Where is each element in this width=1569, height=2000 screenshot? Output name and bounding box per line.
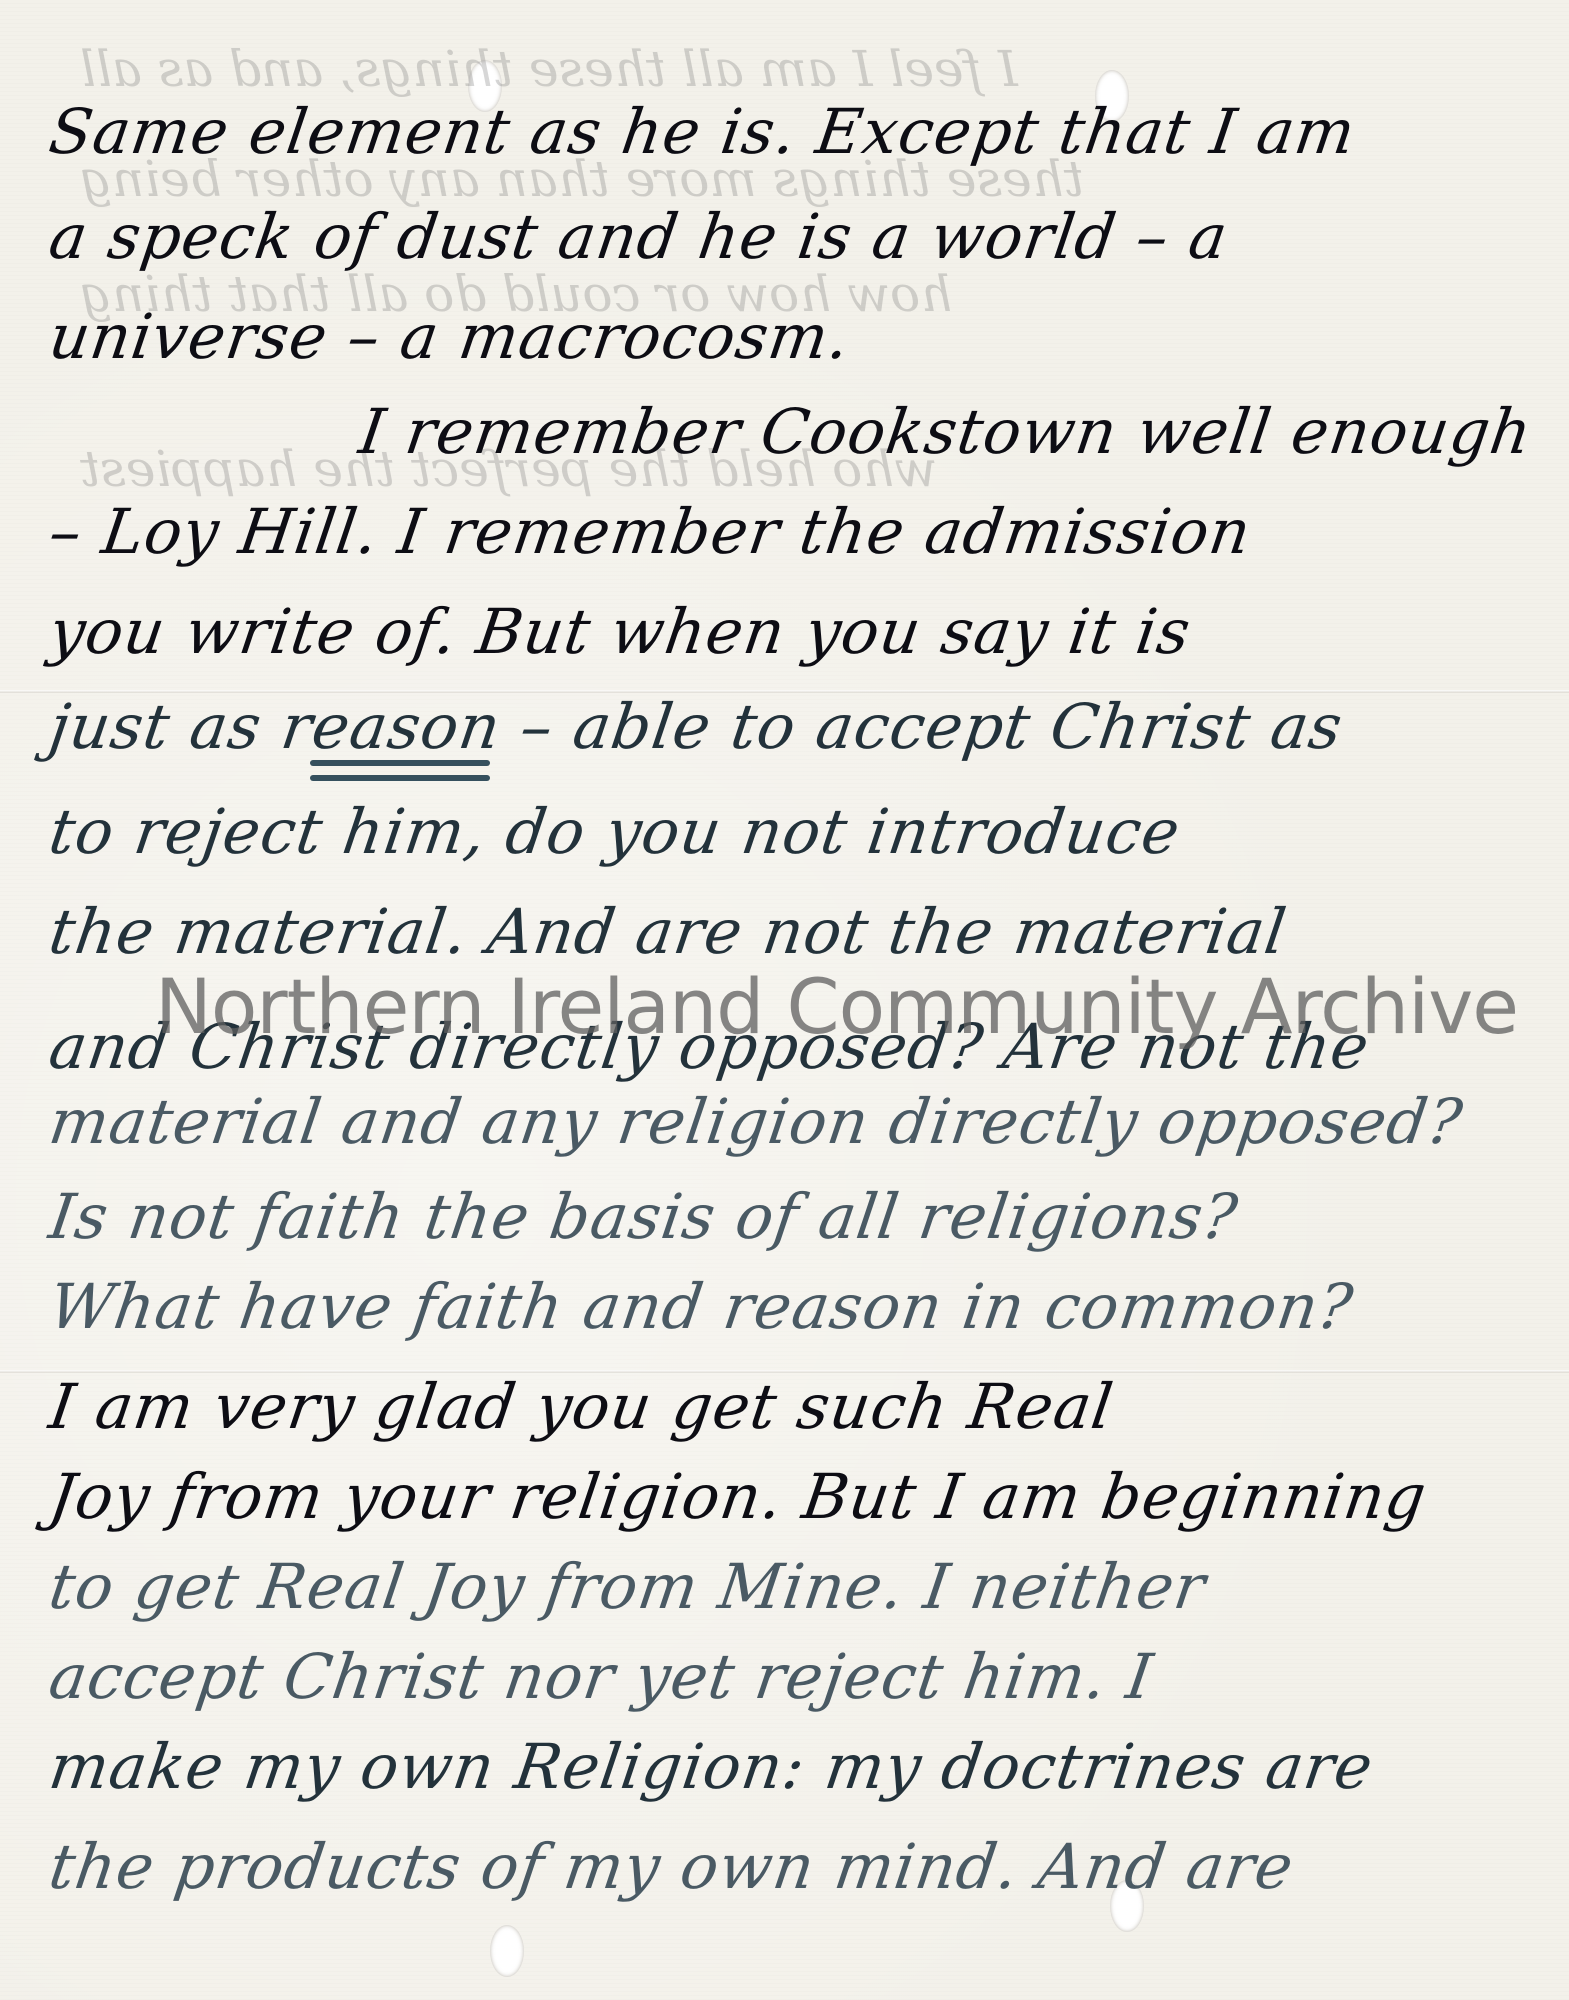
- bleed-through-text: I feel I am all these things, and as all: [80, 40, 1018, 98]
- letter-line: Joy from your religion. But I am beginni…: [45, 1460, 1431, 1533]
- letter-line: universe – a macrocosm.: [45, 300, 855, 373]
- letter-line: Same element as he is. Except that I am: [45, 95, 1360, 168]
- letter-line: a speck of dust and he is a world – a: [45, 200, 1233, 273]
- letter-line: What have faith and reason in common?: [45, 1270, 1358, 1343]
- letter-line: to reject him, do you not introduce: [45, 795, 1185, 868]
- letter-line: you write of. But when you say it is: [45, 595, 1196, 668]
- letter-line: material and any religion directly oppos…: [45, 1085, 1468, 1158]
- letter-line: make my own Religion: my doctrines are: [45, 1730, 1378, 1803]
- underline-mark: [310, 775, 490, 781]
- letter-line: accept Christ nor yet reject him. I: [45, 1640, 1158, 1713]
- letter-line: just as reason – able to accept Christ a…: [45, 690, 1347, 763]
- letter-line: Is not faith the basis of all religions?: [45, 1180, 1243, 1253]
- letter-line: the material. And are not the material: [45, 895, 1291, 968]
- underline-mark: [310, 760, 490, 766]
- letter-line: the products of my own mind. And are: [45, 1830, 1299, 1903]
- letter-page: I feel I am all these things, and as all…: [0, 0, 1569, 2000]
- letter-line: I am very glad you get such Real: [45, 1370, 1118, 1443]
- punch-hole: [490, 1925, 524, 1977]
- letter-line: to get Real Joy from Mine. I neither: [45, 1550, 1211, 1623]
- letter-line: – Loy Hill. I remember the admission: [45, 495, 1256, 568]
- archive-watermark: Northern Ireland Community Archive: [155, 962, 1518, 1051]
- letter-line: I remember Cookstown well enough: [355, 395, 1537, 468]
